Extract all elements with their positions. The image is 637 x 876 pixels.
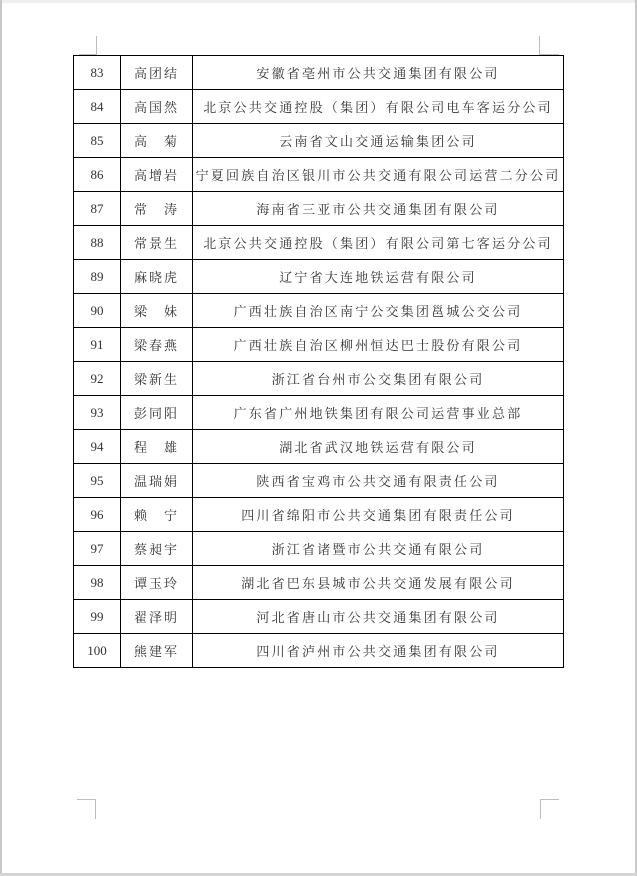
row-number: 94 — [74, 430, 121, 464]
person-name: 梁春燕 — [121, 328, 193, 362]
row-number: 100 — [74, 634, 121, 668]
row-number: 87 — [74, 192, 121, 226]
organization: 四川省泸州市公共交通集团有限公司 — [193, 634, 564, 668]
row-number: 93 — [74, 396, 121, 430]
row-number: 96 — [74, 498, 121, 532]
organization: 四川省绵阳市公共交通集团有限责任公司 — [193, 498, 564, 532]
person-name: 常景生 — [121, 226, 193, 260]
table-row: 99翟泽明河北省唐山市公共交通集团有限公司 — [74, 600, 564, 634]
organization: 海南省三亚市公共交通集团有限公司 — [193, 192, 564, 226]
table-row: 88常景生北京公共交通控股（集团）有限公司第七客运分公司 — [74, 226, 564, 260]
row-number: 84 — [74, 90, 121, 124]
person-name: 高团结 — [121, 56, 193, 90]
row-number: 99 — [74, 600, 121, 634]
table-row: 100熊建军四川省泸州市公共交通集团有限公司 — [74, 634, 564, 668]
organization: 云南省文山交通运输集团公司 — [193, 124, 564, 158]
person-name: 梁 妹 — [121, 294, 193, 328]
organization: 河北省唐山市公共交通集团有限公司 — [193, 600, 564, 634]
table-row: 94程 雄湖北省武汉地铁运营有限公司 — [74, 430, 564, 464]
row-number: 98 — [74, 566, 121, 600]
table-row: 85高 菊云南省文山交通运输集团公司 — [74, 124, 564, 158]
margin-corner-bottom-right — [540, 799, 559, 819]
organization: 陕西省宝鸡市公共交通有限责任公司 — [193, 464, 564, 498]
person-name: 梁新生 — [121, 362, 193, 396]
person-name: 熊建军 — [121, 634, 193, 668]
organization: 湖北省巴东县城市公共交通发展有限公司 — [193, 566, 564, 600]
organization: 广东省广州地铁集团有限公司运营事业总部 — [193, 396, 564, 430]
row-number: 88 — [74, 226, 121, 260]
person-name: 翟泽明 — [121, 600, 193, 634]
page-edge-left — [0, 0, 2, 876]
table-row: 97蔡昶宇浙江省诸暨市公共交通有限公司 — [74, 532, 564, 566]
row-number: 90 — [74, 294, 121, 328]
row-number: 91 — [74, 328, 121, 362]
table-row: 91梁春燕广西壮族自治区柳州恒达巴士股份有限公司 — [74, 328, 564, 362]
table-row: 89麻晓虎辽宁省大连地铁运营有限公司 — [74, 260, 564, 294]
person-name: 高增岩 — [121, 158, 193, 192]
person-name: 高 菊 — [121, 124, 193, 158]
table-row: 86高增岩宁夏回族自治区银川市公共交通有限公司运营二分公司 — [74, 158, 564, 192]
table-row: 90梁 妹广西壮族自治区南宁公交集团邕城公交公司 — [74, 294, 564, 328]
person-name: 麻晓虎 — [121, 260, 193, 294]
organization: 浙江省诸暨市公共交通有限公司 — [193, 532, 564, 566]
person-name: 高国然 — [121, 90, 193, 124]
table-row: 87常 涛海南省三亚市公共交通集团有限公司 — [74, 192, 564, 226]
page-edge-top — [0, 0, 637, 3]
organization: 北京公共交通控股（集团）有限公司电车客运分公司 — [193, 90, 564, 124]
organization: 湖北省武汉地铁运营有限公司 — [193, 430, 564, 464]
person-name: 赖 宁 — [121, 498, 193, 532]
organization: 浙江省台州市公交集团有限公司 — [193, 362, 564, 396]
organization: 北京公共交通控股（集团）有限公司第七客运分公司 — [193, 226, 564, 260]
row-number: 92 — [74, 362, 121, 396]
table-row: 93彭同阳广东省广州地铁集团有限公司运营事业总部 — [74, 396, 564, 430]
roster-table: 83高团结安徽省亳州市公共交通集团有限公司 84高国然北京公共交通控股（集团）有… — [73, 55, 564, 668]
table-row: 83高团结安徽省亳州市公共交通集团有限公司 — [74, 56, 564, 90]
row-number: 86 — [74, 158, 121, 192]
person-name: 彭同阳 — [121, 396, 193, 430]
person-name: 蔡昶宇 — [121, 532, 193, 566]
table-row: 98谭玉玲湖北省巴东县城市公共交通发展有限公司 — [74, 566, 564, 600]
organization: 安徽省亳州市公共交通集团有限公司 — [193, 56, 564, 90]
row-number: 97 — [74, 532, 121, 566]
table-row: 84高国然北京公共交通控股（集团）有限公司电车客运分公司 — [74, 90, 564, 124]
organization: 辽宁省大连地铁运营有限公司 — [193, 260, 564, 294]
person-name: 程 雄 — [121, 430, 193, 464]
row-number: 85 — [74, 124, 121, 158]
organization: 广西壮族自治区柳州恒达巴士股份有限公司 — [193, 328, 564, 362]
person-name: 谭玉玲 — [121, 566, 193, 600]
person-name: 常 涛 — [121, 192, 193, 226]
organization: 宁夏回族自治区银川市公共交通有限公司运营二分公司 — [193, 158, 564, 192]
table-row: 96赖 宁四川省绵阳市公共交通集团有限责任公司 — [74, 498, 564, 532]
table-row: 92梁新生浙江省台州市公交集团有限公司 — [74, 362, 564, 396]
margin-corner-bottom-left — [77, 799, 96, 819]
row-number: 89 — [74, 260, 121, 294]
row-number: 83 — [74, 56, 121, 90]
margin-corner-top-right — [539, 36, 559, 55]
row-number: 95 — [74, 464, 121, 498]
table-row: 95温瑞娟陕西省宝鸡市公共交通有限责任公司 — [74, 464, 564, 498]
person-name: 温瑞娟 — [121, 464, 193, 498]
organization: 广西壮族自治区南宁公交集团邕城公交公司 — [193, 294, 564, 328]
margin-corner-top-left — [79, 36, 97, 55]
